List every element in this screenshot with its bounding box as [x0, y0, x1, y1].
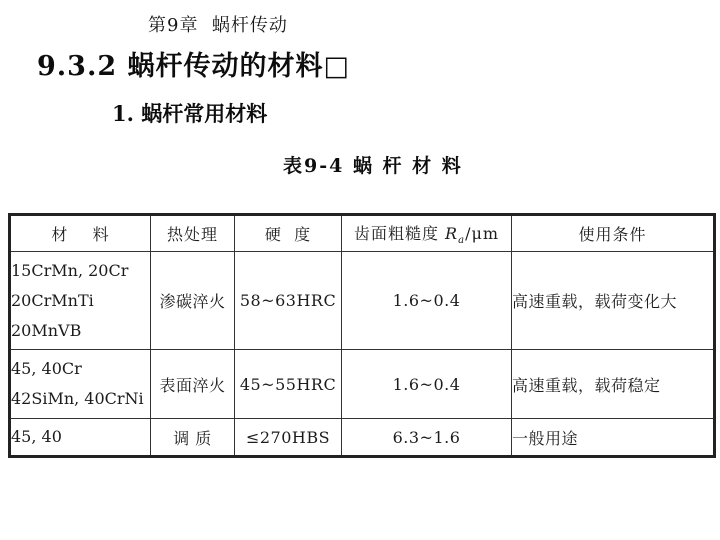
usage-cell: 高速重载，载荷变化大 [512, 252, 715, 350]
usage-cell: 一般用途 [512, 419, 715, 457]
roughness-cell: 1.6~0.4 [342, 252, 512, 350]
hardness-cell: ≤270HBS [235, 419, 342, 457]
col-header-material: 材 料 [10, 215, 151, 252]
material-line: 15CrMn, 20Cr [11, 256, 150, 286]
slide: 第9章 蜗杆传动 9.3.2 蜗杆传动的材料□ 1. 蜗杆常用材料 表9-4 蜗… [0, 0, 720, 540]
table-header-row: 材 料 热处理 硬 度 齿面粗糙度 Ra/μm 使用条件 [10, 215, 715, 252]
table-caption: 表9-4 蜗 杆 材 料 [283, 151, 463, 178]
page-title: 9.3.2 蜗杆传动的材料□ [37, 44, 350, 83]
col-header-hardness: 硬 度 [235, 215, 342, 252]
roughness-symbol: R [445, 224, 458, 243]
material-line: 42SiMn, 40CrNi [11, 384, 150, 414]
worm-materials-table: 材 料 热处理 硬 度 齿面粗糙度 Ra/μm 使用条件 15CrMn, 20C… [8, 213, 716, 458]
table-row: 15CrMn, 20Cr 20CrMnTi 20MnVB 渗碳淬火 58~63H… [10, 252, 715, 350]
section-subtitle: 1. 蜗杆常用材料 [112, 98, 267, 128]
col-header-heat-treatment: 热处理 [151, 215, 235, 252]
table-row: 45, 40 调 质 ≤270HBS 6.3~1.6 一般用途 [10, 419, 715, 457]
material-line: 45, 40Cr [11, 354, 150, 384]
material-cell: 15CrMn, 20Cr 20CrMnTi 20MnVB [10, 252, 151, 350]
roughness-cell: 1.6~0.4 [342, 350, 512, 419]
roughness-cell: 6.3~1.6 [342, 419, 512, 457]
col-header-roughness: 齿面粗糙度 Ra/μm [342, 215, 512, 252]
material-line: 20CrMnTi [11, 286, 150, 316]
roughness-header-text: 齿面粗糙度 [354, 224, 445, 243]
heat-treatment-cell: 调 质 [151, 419, 235, 457]
material-cell: 45, 40 [10, 419, 151, 457]
col-header-usage: 使用条件 [512, 215, 715, 252]
heat-treatment-cell: 渗碳淬火 [151, 252, 235, 350]
chapter-header: 第9章 蜗杆传动 [148, 11, 288, 37]
material-line: 45, 40 [11, 422, 150, 452]
hardness-cell: 58~63HRC [235, 252, 342, 350]
roughness-unit: /μm [465, 224, 499, 243]
material-cell: 45, 40Cr 42SiMn, 40CrNi [10, 350, 151, 419]
material-line: 20MnVB [11, 316, 150, 346]
usage-cell: 高速重载，载荷稳定 [512, 350, 715, 419]
heat-treatment-cell: 表面淬火 [151, 350, 235, 419]
hardness-cell: 45~55HRC [235, 350, 342, 419]
table-row: 45, 40Cr 42SiMn, 40CrNi 表面淬火 45~55HRC 1.… [10, 350, 715, 419]
